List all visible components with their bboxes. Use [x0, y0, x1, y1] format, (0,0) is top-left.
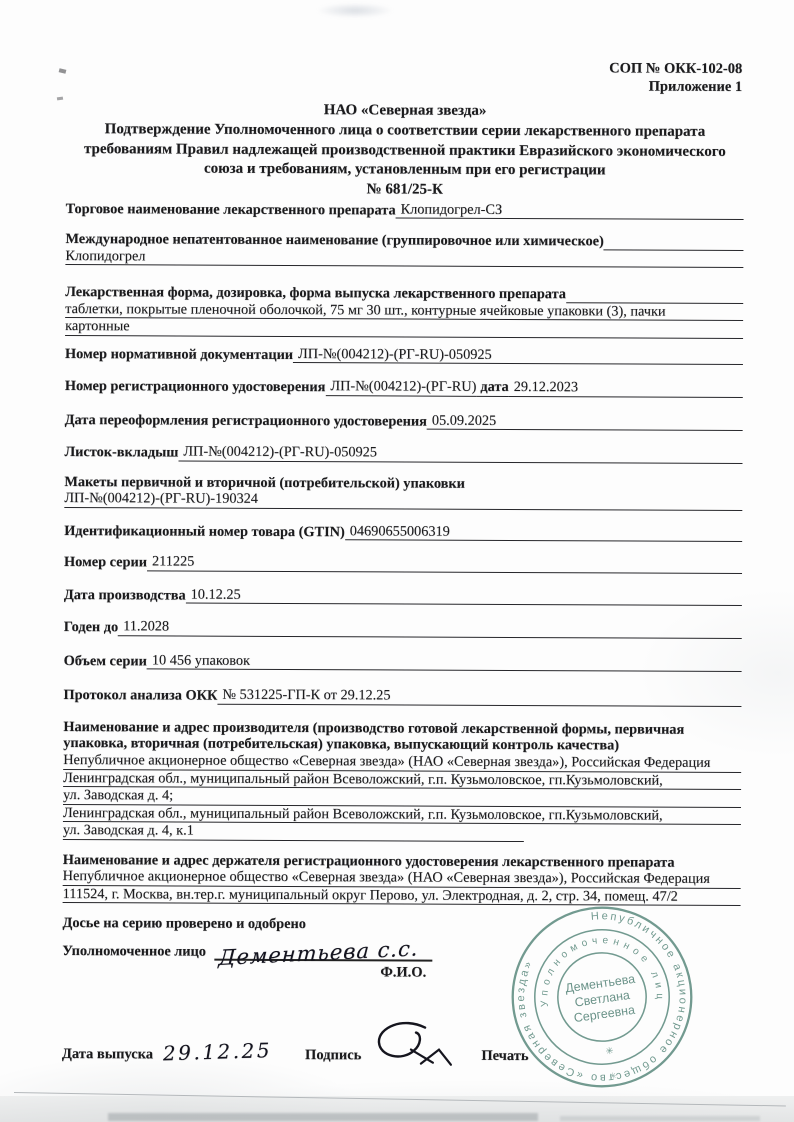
seal-center-name: Дементьева Светлана Сергеевна — [564, 972, 640, 1026]
scan-bottom-band — [108, 1113, 538, 1121]
field-value: 11.2028 — [118, 618, 742, 638]
field-label: Объем серии — [64, 653, 147, 670]
field-label: Номер нормативной документации — [65, 346, 293, 363]
authorized-person-label: Уполномоченное лицо — [62, 943, 206, 961]
field-label: Идентификационный номер товара (GTIN) — [64, 523, 345, 541]
manufacturer-line: ул. Заводская д. 4, к.1 — [63, 822, 524, 842]
field-batch-number: Номер серии 211225 — [64, 553, 742, 573]
field-label: Номер регистрационного удостоверения — [65, 378, 326, 396]
field-regulatory-doc: Номер нормативной документации ЛП-№(0042… — [65, 345, 743, 365]
field-batch-volume: Объем серии 10 456 упаковок — [64, 652, 742, 672]
field-value: 10 456 упаковок — [147, 652, 742, 672]
field-reissue-date: Дата переоформления регистрационного удо… — [65, 411, 743, 431]
field-label: Международное непатентованное наименован… — [65, 231, 603, 250]
seal-bottom-mark: ✳ — [605, 1046, 614, 1058]
authorized-person-signature: Дементьева с.с. — [218, 940, 419, 967]
field-label: Годен до — [64, 619, 118, 636]
scan-paper-shadow — [0, 1096, 794, 1122]
field-value: 05.09.2025 — [427, 412, 743, 431]
scan-paper-edge-line — [14, 1092, 786, 1107]
field-mockups-value: ЛП-№(004212)-(РГ-RU)-190324 — [64, 490, 742, 510]
field-label: Протокол анализа ОКК — [63, 687, 217, 704]
field-expiry: Годен до 11.2028 — [64, 618, 742, 638]
field-value: ЛП-№(004212)-(РГ-RU)-050925 — [178, 444, 742, 464]
field-label: Дата производства — [64, 587, 186, 604]
document-number: № 681/25-К — [66, 179, 744, 201]
field-value: № 531225-ГП-К от 29.12.25 — [217, 687, 741, 707]
field-leaflet: Листок-вкладыш ЛП-№(004212)-(РГ-RU)-0509… — [65, 443, 743, 463]
field-production-date: Дата производства 10.12.25 — [64, 586, 742, 606]
field-dosage-form-value-line: картонные — [65, 318, 743, 338]
field-value: Клопидогрел-СЗ — [396, 201, 744, 220]
company-name: НАО «Северная звезда» — [66, 100, 744, 121]
field-date-value: 29.12.2023 — [509, 379, 743, 398]
field-value: ЛП-№(004212)-(РГ-RU)-050925 — [293, 346, 743, 365]
field-manufacturer-label: Наименование и адрес производителя (прои… — [63, 719, 741, 756]
field-value: 04690655006319 — [345, 523, 743, 542]
field-inn-value: Клопидогрел — [65, 248, 743, 268]
field-date-label: дата — [476, 379, 508, 397]
field-label: Листок-вкладыш — [65, 444, 179, 461]
field-value: 211225 — [147, 553, 742, 573]
field-trade-name: Торговое наименование лекарственного пре… — [66, 200, 744, 220]
field-registration-cert: Номер регистрационного удостоверения ЛП-… — [65, 377, 743, 397]
document-header-ref: СОП № ОКК-102-08 Приложение 1 — [66, 58, 744, 96]
field-inn: Международное непатентованное наименован… — [65, 231, 743, 250]
field-label: Дата переоформления регистрационного удо… — [65, 412, 427, 430]
document-title: Подтверждение Уполномоченного лица о соо… — [66, 120, 744, 181]
signature-stroke — [369, 1020, 465, 1072]
seal-bottom-mark-2: ✳ — [609, 1070, 618, 1081]
authorized-signature-line: Дементьева с.с. — [214, 937, 432, 962]
signature-label: Подпись — [305, 1047, 361, 1064]
scanned-document-page: СОП № ОКК-102-08 Приложение 1 НАО «Север… — [0, 0, 794, 1122]
field-analysis-protocol: Протокол анализа ОКК № 531225-ГП-К от 29… — [63, 686, 741, 706]
field-label: Торговое наименование лекарственного пре… — [66, 201, 396, 219]
fio-caption: Ф.И.О. — [294, 964, 512, 982]
field-label: Номер серии — [64, 554, 147, 571]
field-value: 10.12.25 — [186, 586, 742, 606]
company-seal-stamp: Непубличное акционерное общество «Северн… — [494, 889, 711, 1106]
appendix-number: Приложение 1 — [66, 76, 742, 96]
field-gtin: Идентификационный номер товара (GTIN) 04… — [64, 522, 742, 542]
field-value: ЛП-№(004212)-(РГ-RU) — [325, 378, 476, 396]
scan-bottom-band — [560, 1116, 760, 1121]
field-label: Лекарственная форма, дозировка, форма вы… — [65, 284, 566, 303]
field-label: Макеты первичной и вторичной (потребител… — [64, 474, 465, 492]
release-date-label: Дата выпуска — [62, 1046, 153, 1063]
release-date-handwritten: 29.12.25 — [163, 1038, 272, 1065]
